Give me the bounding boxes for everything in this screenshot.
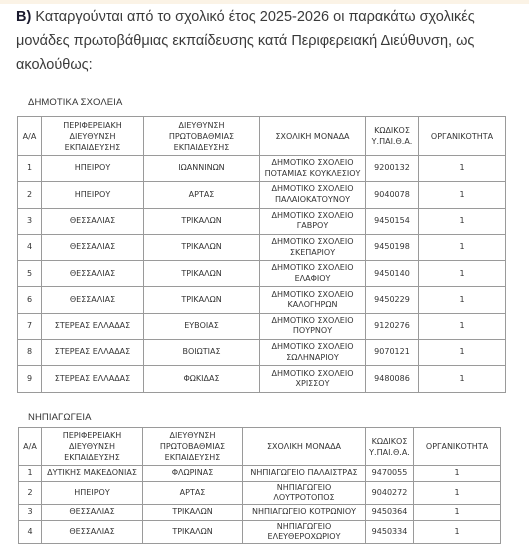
column-header: ΟΡΓΑΝΙΚΟΤΗΤΑ: [414, 428, 501, 466]
table-cell: 9040078: [366, 182, 419, 208]
table-cell: 4: [18, 234, 42, 260]
table-cell: ΘΕΣΣΑΛΙΑΣ: [42, 261, 144, 287]
column-header: Α/Α: [18, 117, 42, 156]
table-cell: ΔΗΜΟΤΙΚΟ ΣΧΟΛΕΙΟ ΕΛΑΦΙΟΥ: [260, 261, 366, 287]
table-cell: ΤΡΙΚΑΛΩΝ: [143, 521, 243, 544]
table-row: 1ΔΥΤΙΚΗΣ ΜΑΚΕΔΟΝΙΑΣΦΛΩΡΙΝΑΣΝΗΠΙΑΓΩΓΕΙΟ Π…: [19, 466, 501, 482]
table-cell: ΔΗΜΟΤΙΚΟ ΣΧΟΛΕΙΟ ΧΡΙΣΣΟΥ: [260, 366, 366, 392]
table-cell: 9450229: [366, 287, 419, 313]
table-row: 1ΗΠΕΙΡΟΥΙΩΑΝΝΙΝΩΝΔΗΜΟΤΙΚΟ ΣΧΟΛΕΙΟ ΠΟΤΑΜΙ…: [18, 156, 506, 182]
intro-text: Καταργούνται από το σχολικό έτος 2025-20…: [16, 9, 475, 73]
table-cell: ΕΥΒΟΙΑΣ: [144, 313, 260, 339]
table-cell: ΗΠΕΙΡΟΥ: [42, 156, 144, 182]
table-cell: 1: [18, 156, 42, 182]
table-cell: 1: [419, 156, 506, 182]
table-cell: 8: [18, 340, 42, 366]
table-cell: 1: [419, 182, 506, 208]
table-cell: 1: [414, 521, 501, 544]
table-cell: ΣΤΕΡΕΑΣ ΕΛΛΑΔΑΣ: [42, 313, 144, 339]
table-cell: ΝΗΠΙΑΓΩΓΕΙΟ ΚΟΤΡΩΝΙΟΥ: [243, 505, 366, 521]
table-row: 5ΘΕΣΣΑΛΙΑΣΤΡΙΚΑΛΩΝΔΗΜΟΤΙΚΟ ΣΧΟΛΕΙΟ ΕΛΑΦΙ…: [18, 261, 506, 287]
table-cell: ΝΗΠΙΑΓΩΓΕΙΟ ΛΟΥΤΡΟΤΟΠΟΣ: [243, 482, 366, 505]
table-cell: 1: [419, 366, 506, 392]
table-cell: ΤΡΙΚΑΛΩΝ: [144, 261, 260, 287]
table-cell: 3: [19, 505, 42, 521]
table-cell: ΘΕΣΣΑΛΙΑΣ: [42, 208, 144, 234]
table-cell: 1: [419, 313, 506, 339]
table-cell: 2: [18, 182, 42, 208]
table-row: 2ΗΠΕΙΡΟΥΑΡΤΑΣΔΗΜΟΤΙΚΟ ΣΧΟΛΕΙΟ ΠΑΛΑΙΟΚΑΤΟ…: [18, 182, 506, 208]
table-cell: 7: [18, 313, 42, 339]
table-cell: 1: [419, 340, 506, 366]
table-cell: ΔΗΜΟΤΙΚΟ ΣΧΟΛΕΙΟ ΠΑΛΑΙΟΚΑΤΟΥΝΟΥ: [260, 182, 366, 208]
table-cell: 9450154: [366, 208, 419, 234]
table-cell: 6: [18, 287, 42, 313]
table-cell: 9200132: [366, 156, 419, 182]
table-cell: 1: [19, 466, 42, 482]
column-header: Α/Α: [19, 428, 42, 466]
intro-paragraph: Β) Καταργούνται από το σχολικό έτος 2025…: [16, 5, 521, 77]
primary-schools-title: ΔΗΜΟΤΙΚΑ ΣΧΟΛΕΙΑ: [28, 97, 122, 108]
table-cell: 9070121: [366, 340, 419, 366]
column-header: ΟΡΓΑΝΙΚΟΤΗΤΑ: [419, 117, 506, 156]
table-cell: 1: [414, 482, 501, 505]
kindergartens-table: Α/ΑΠΕΡΙΦΕΡΕΙΑΚΗ ΔΙΕΥΘΥΝΣΗ ΕΚΠΑΙΔΕΥΣΗΣΔΙΕ…: [18, 427, 501, 544]
table-cell: 9450140: [366, 261, 419, 287]
table-cell: 2: [19, 482, 42, 505]
table-cell: 9450198: [366, 234, 419, 260]
table-cell: ΘΕΣΣΑΛΙΑΣ: [42, 234, 144, 260]
table-cell: ΘΕΣΣΑΛΙΑΣ: [42, 505, 143, 521]
table-row: 9ΣΤΕΡΕΑΣ ΕΛΛΑΔΑΣΦΩΚΙΔΑΣΔΗΜΟΤΙΚΟ ΣΧΟΛΕΙΟ …: [18, 366, 506, 392]
top-bar: [0, 0, 529, 4]
table-cell: ΗΠΕΙΡΟΥ: [42, 182, 144, 208]
table-body: 1ΔΥΤΙΚΗΣ ΜΑΚΕΔΟΝΙΑΣΦΛΩΡΙΝΑΣΝΗΠΙΑΓΩΓΕΙΟ Π…: [19, 466, 501, 544]
kindergartens-title: ΝΗΠΙΑΓΩΓΕΙΑ: [28, 412, 92, 423]
table-cell: ΣΤΕΡΕΑΣ ΕΛΛΑΔΑΣ: [42, 340, 144, 366]
table-row: 2ΗΠΕΙΡΟΥΑΡΤΑΣΝΗΠΙΑΓΩΓΕΙΟ ΛΟΥΤΡΟΤΟΠΟΣ9040…: [19, 482, 501, 505]
table-cell: 4: [19, 521, 42, 544]
table-row: 6ΘΕΣΣΑΛΙΑΣΤΡΙΚΑΛΩΝΔΗΜΟΤΙΚΟ ΣΧΟΛΕΙΟ ΚΑΛΟΓ…: [18, 287, 506, 313]
table-cell: ΙΩΑΝΝΙΝΩΝ: [144, 156, 260, 182]
table-cell: 1: [414, 505, 501, 521]
table-cell: 1: [419, 208, 506, 234]
table-row: 3ΘΕΣΣΑΛΙΑΣΤΡΙΚΑΛΩΝΔΗΜΟΤΙΚΟ ΣΧΟΛΕΙΟ ΓΑΒΡΟ…: [18, 208, 506, 234]
column-header: ΣΧΟΛΙΚΗ ΜΟΝΑΔΑ: [243, 428, 366, 466]
table-cell: 9450334: [366, 521, 414, 544]
table-cell: 9450364: [366, 505, 414, 521]
table-cell: 9: [18, 366, 42, 392]
table-cell: ΔΗΜΟΤΙΚΟ ΣΧΟΛΕΙΟ ΚΑΛΟΓΗΡΩΝ: [260, 287, 366, 313]
section-label: Β): [16, 9, 31, 25]
table-cell: ΗΠΕΙΡΟΥ: [42, 482, 143, 505]
column-header: ΠΕΡΙΦΕΡΕΙΑΚΗ ΔΙΕΥΘΥΝΣΗ ΕΚΠΑΙΔΕΥΣΗΣ: [42, 117, 144, 156]
table-cell: ΔΗΜΟΤΙΚΟ ΣΧΟΛΕΙΟ ΣΚΕΠΑΡΙΟΥ: [260, 234, 366, 260]
table-cell: 1: [419, 234, 506, 260]
table-body: 1ΗΠΕΙΡΟΥΙΩΑΝΝΙΝΩΝΔΗΜΟΤΙΚΟ ΣΧΟΛΕΙΟ ΠΟΤΑΜΙ…: [18, 156, 506, 393]
table-row: 8ΣΤΕΡΕΑΣ ΕΛΛΑΔΑΣΒΟΙΩΤΙΑΣΔΗΜΟΤΙΚΟ ΣΧΟΛΕΙΟ…: [18, 340, 506, 366]
table-cell: ΑΡΤΑΣ: [143, 482, 243, 505]
table-cell: ΔΗΜΟΤΙΚΟ ΣΧΟΛΕΙΟ ΣΩΛΗΝΑΡΙΟΥ: [260, 340, 366, 366]
table-cell: ΔΗΜΟΤΙΚΟ ΣΧΟΛΕΙΟ ΠΟΤΑΜΙΑΣ ΚΟΥΚΛΕΣΙΟΥ: [260, 156, 366, 182]
table-cell: 3: [18, 208, 42, 234]
table-cell: ΘΕΣΣΑΛΙΑΣ: [42, 287, 144, 313]
table-cell: ΘΕΣΣΑΛΙΑΣ: [42, 521, 143, 544]
table-cell: 9120276: [366, 313, 419, 339]
table-cell: ΝΗΠΙΑΓΩΓΕΙΟ ΠΑΛΑΙΣΤΡΑΣ: [243, 466, 366, 482]
table-cell: ΑΡΤΑΣ: [144, 182, 260, 208]
column-header: ΔΙΕΥΘΥΝΣΗ ΠΡΩΤΟΒΑΘΜΙΑΣ ΕΚΠΑΙΔΕΥΣΗΣ: [143, 428, 243, 466]
table-cell: 9470055: [366, 466, 414, 482]
table-cell: ΔΗΜΟΤΙΚΟ ΣΧΟΛΕΙΟ ΓΑΒΡΟΥ: [260, 208, 366, 234]
table-cell: ΤΡΙΚΑΛΩΝ: [144, 287, 260, 313]
table-cell: 5: [18, 261, 42, 287]
column-header: ΔΙΕΥΘΥΝΣΗ ΠΡΩΤΟΒΑΘΜΙΑΣ ΕΚΠΑΙΔΕΥΣΗΣ: [144, 117, 260, 156]
table-cell: 9480086: [366, 366, 419, 392]
table-row: 3ΘΕΣΣΑΛΙΑΣΤΡΙΚΑΛΩΝΝΗΠΙΑΓΩΓΕΙΟ ΚΟΤΡΩΝΙΟΥ9…: [19, 505, 501, 521]
column-header: ΠΕΡΙΦΕΡΕΙΑΚΗ ΔΙΕΥΘΥΝΣΗ ΕΚΠΑΙΔΕΥΣΗΣ: [42, 428, 143, 466]
table-cell: ΔΥΤΙΚΗΣ ΜΑΚΕΔΟΝΙΑΣ: [42, 466, 143, 482]
table-row: 4ΘΕΣΣΑΛΙΑΣΤΡΙΚΑΛΩΝΔΗΜΟΤΙΚΟ ΣΧΟΛΕΙΟ ΣΚΕΠΑ…: [18, 234, 506, 260]
primary-schools-table: Α/ΑΠΕΡΙΦΕΡΕΙΑΚΗ ΔΙΕΥΘΥΝΣΗ ΕΚΠΑΙΔΕΥΣΗΣΔΙΕ…: [17, 116, 506, 393]
column-header: ΚΩΔΙΚΟΣ Υ.ΠΑΙ.Θ.Α.: [366, 117, 419, 156]
table-cell: 1: [419, 261, 506, 287]
column-header: ΚΩΔΙΚΟΣ Υ.ΠΑΙ.Θ.Α.: [366, 428, 414, 466]
table-cell: ΤΡΙΚΑΛΩΝ: [144, 208, 260, 234]
table-header-row: Α/ΑΠΕΡΙΦΕΡΕΙΑΚΗ ΔΙΕΥΘΥΝΣΗ ΕΚΠΑΙΔΕΥΣΗΣΔΙΕ…: [18, 117, 506, 156]
table-cell: ΤΡΙΚΑΛΩΝ: [144, 234, 260, 260]
table-cell: ΦΛΩΡΙΝΑΣ: [143, 466, 243, 482]
table-cell: ΝΗΠΙΑΓΩΓΕΙΟ ΕΛΕΥΘΕΡΟΧΩΡΙΟΥ: [243, 521, 366, 544]
table-cell: 1: [414, 466, 501, 482]
table-cell: 9040272: [366, 482, 414, 505]
column-header: ΣΧΟΛΙΚΗ ΜΟΝΑΔΑ: [260, 117, 366, 156]
table-cell: ΦΩΚΙΔΑΣ: [144, 366, 260, 392]
table-cell: ΔΗΜΟΤΙΚΟ ΣΧΟΛΕΙΟ ΠΟΥΡΝΟΥ: [260, 313, 366, 339]
table-cell: 1: [419, 287, 506, 313]
table-row: 7ΣΤΕΡΕΑΣ ΕΛΛΑΔΑΣΕΥΒΟΙΑΣΔΗΜΟΤΙΚΟ ΣΧΟΛΕΙΟ …: [18, 313, 506, 339]
table-row: 4ΘΕΣΣΑΛΙΑΣΤΡΙΚΑΛΩΝΝΗΠΙΑΓΩΓΕΙΟ ΕΛΕΥΘΕΡΟΧΩ…: [19, 521, 501, 544]
table-header-row: Α/ΑΠΕΡΙΦΕΡΕΙΑΚΗ ΔΙΕΥΘΥΝΣΗ ΕΚΠΑΙΔΕΥΣΗΣΔΙΕ…: [19, 428, 501, 466]
table-cell: ΤΡΙΚΑΛΩΝ: [143, 505, 243, 521]
table-cell: ΒΟΙΩΤΙΑΣ: [144, 340, 260, 366]
table-cell: ΣΤΕΡΕΑΣ ΕΛΛΑΔΑΣ: [42, 366, 144, 392]
